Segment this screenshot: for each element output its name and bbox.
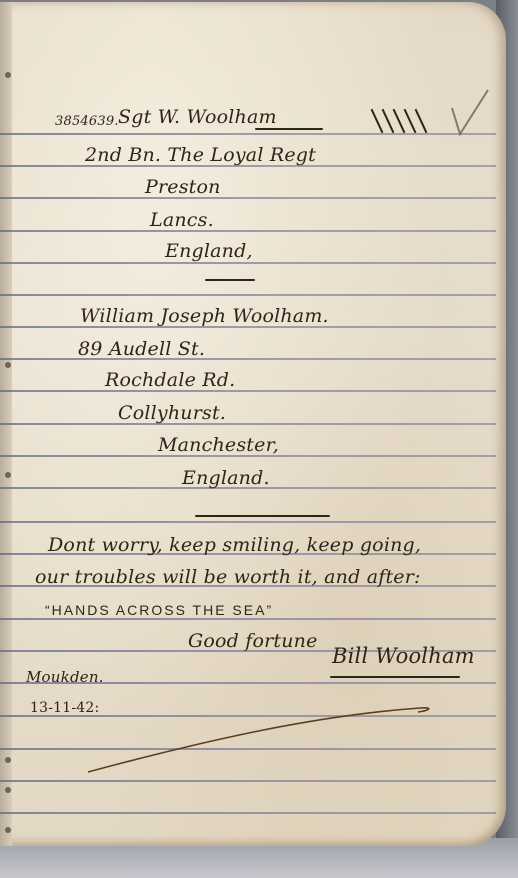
rule-line (0, 812, 496, 814)
service-number: 3854639. (55, 114, 119, 129)
check-mark-icon (448, 86, 492, 138)
home-address-line: England. (182, 467, 270, 489)
signature: Bill Woolham (332, 644, 475, 668)
message-quote: “HANDS ACROSS THE SEA” (45, 602, 273, 618)
closing-flourish-stroke (80, 700, 440, 780)
rule-line (0, 521, 496, 523)
rule-line (0, 618, 496, 620)
rule-line (0, 197, 496, 199)
signature-underline (330, 676, 460, 678)
section-separator (195, 515, 330, 517)
rank-name: Sgt W. Woolham (118, 106, 277, 128)
message-line: Dont worry, keep smiling, keep going, (48, 534, 421, 556)
military-address-line: Lancs. (150, 209, 214, 231)
home-address-line: Collyhurst. (118, 402, 226, 424)
name-underline (255, 128, 323, 130)
home-address-line: William Joseph Woolham. (80, 305, 329, 327)
address-separator (205, 279, 255, 281)
home-address-line: Rochdale Rd. (105, 369, 235, 391)
rule-line (0, 423, 496, 425)
rule-line (0, 780, 496, 782)
rule-line (0, 358, 496, 360)
place-name: Moukden. (26, 668, 104, 686)
closing-text: Good fortune (188, 630, 318, 652)
rule-line (0, 294, 496, 296)
home-address-line: 89 Audell St. (78, 338, 205, 360)
rule-line (0, 262, 496, 264)
military-address-line: 2nd Bn. The Loyal Regt (85, 144, 316, 166)
home-address-line: Manchester, (158, 434, 279, 456)
message-line: our troubles will be worth it, and after… (35, 566, 421, 588)
rule-line (0, 390, 496, 392)
notebook-page: 3854639. Sgt W. Woolham 2nd Bn. The Loya… (0, 2, 506, 846)
rule-line (0, 230, 496, 232)
military-address-line: Preston (145, 176, 221, 198)
rule-line (0, 133, 496, 135)
military-address-line: England, (165, 240, 253, 262)
